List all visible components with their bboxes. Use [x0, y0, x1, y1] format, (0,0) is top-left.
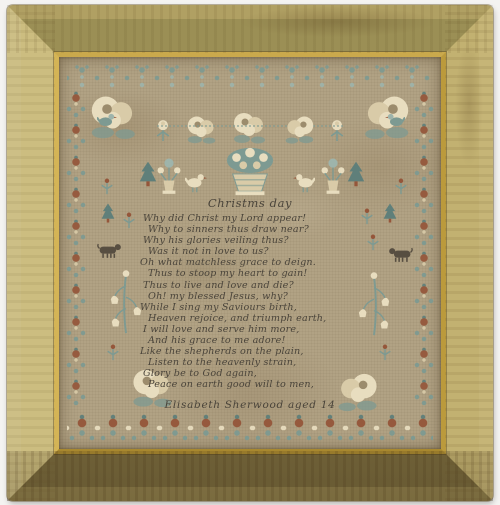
gilt-frame-outer-molding: Christms day Why did Christ my Lord appe…	[7, 5, 493, 501]
sprig-icon	[99, 177, 115, 197]
sprig-icon	[105, 343, 121, 363]
poem-line: Listen to the heavenly strain,	[148, 357, 375, 368]
poem-line: Oh! my blessed Jesus, why?	[148, 291, 375, 302]
right-border-strawberry-vine	[413, 91, 435, 411]
rose-icon	[230, 109, 270, 145]
bluebird-icon	[97, 109, 117, 133]
poem-line: Like the shepherds on the plain,	[140, 346, 375, 357]
poem-line: Peace on earth good will to men,	[148, 379, 375, 390]
left-border-strawberry-vine	[65, 91, 87, 411]
sampler-linen-ground: Christms day Why did Christ my Lord appe…	[59, 57, 441, 449]
poem-line: Oh what matchless grace to deign.	[140, 257, 375, 268]
gold-fillet: Christms day Why did Christ my Lord appe…	[54, 52, 446, 454]
poem-line: Glory be to God again,	[143, 368, 375, 379]
flower-basket-icon	[219, 145, 281, 199]
top-border-floral-swag-band	[67, 64, 433, 90]
rose-garland-band	[153, 101, 347, 145]
dog-icon	[97, 243, 123, 259]
bluebird-icon	[385, 109, 405, 133]
poem-line: And his grace to me adore!	[148, 335, 375, 346]
sampler-title: Christms day	[59, 196, 441, 210]
poem-line: While I sing my Saviours birth,	[140, 302, 375, 313]
dove-icon	[185, 169, 207, 195]
flower-urn-icon	[317, 153, 349, 197]
poem-line: Why did Christ my Lord appear!	[143, 213, 375, 224]
dove-icon	[293, 169, 315, 195]
photograph-of-framed-sampler: Christms day Why did Christ my Lord appe…	[0, 0, 500, 505]
lily-of-the-valley-icon	[109, 267, 143, 335]
thistle-icon	[327, 117, 347, 145]
pine-tree-icon	[139, 159, 157, 189]
poem-line: I will love and serve him more,	[143, 324, 375, 335]
pine-tree-icon	[347, 159, 365, 189]
poem-block: Why did Christ my Lord appear! Why to si…	[143, 213, 375, 391]
gilt-frame-cove: Christms day Why did Christ my Lord appe…	[21, 19, 479, 487]
rose-icon	[184, 113, 220, 145]
signature-line: Elisabeth Sherwood aged 14	[59, 399, 441, 411]
flower-urn-icon	[153, 153, 185, 197]
thistle-icon	[153, 117, 173, 145]
bottom-border-strawberry-band	[67, 414, 433, 444]
rose-icon	[281, 113, 317, 145]
poem-line: Why his glories veiling thus?	[143, 235, 375, 246]
poem-line: Was it not in love to us?	[148, 246, 375, 257]
sprig-icon	[121, 211, 137, 231]
poem-line: Thus to stoop my heart to gain!	[148, 268, 375, 279]
poem-line: Why to sinners thus draw near?	[148, 224, 375, 235]
sprig-icon	[393, 177, 409, 197]
poem-line: Heaven rejoice, and triumph earth,	[148, 313, 375, 324]
sprig-icon	[377, 343, 393, 363]
poem-line: Thus to live and love and die?	[143, 280, 375, 291]
dog-icon	[387, 247, 413, 263]
